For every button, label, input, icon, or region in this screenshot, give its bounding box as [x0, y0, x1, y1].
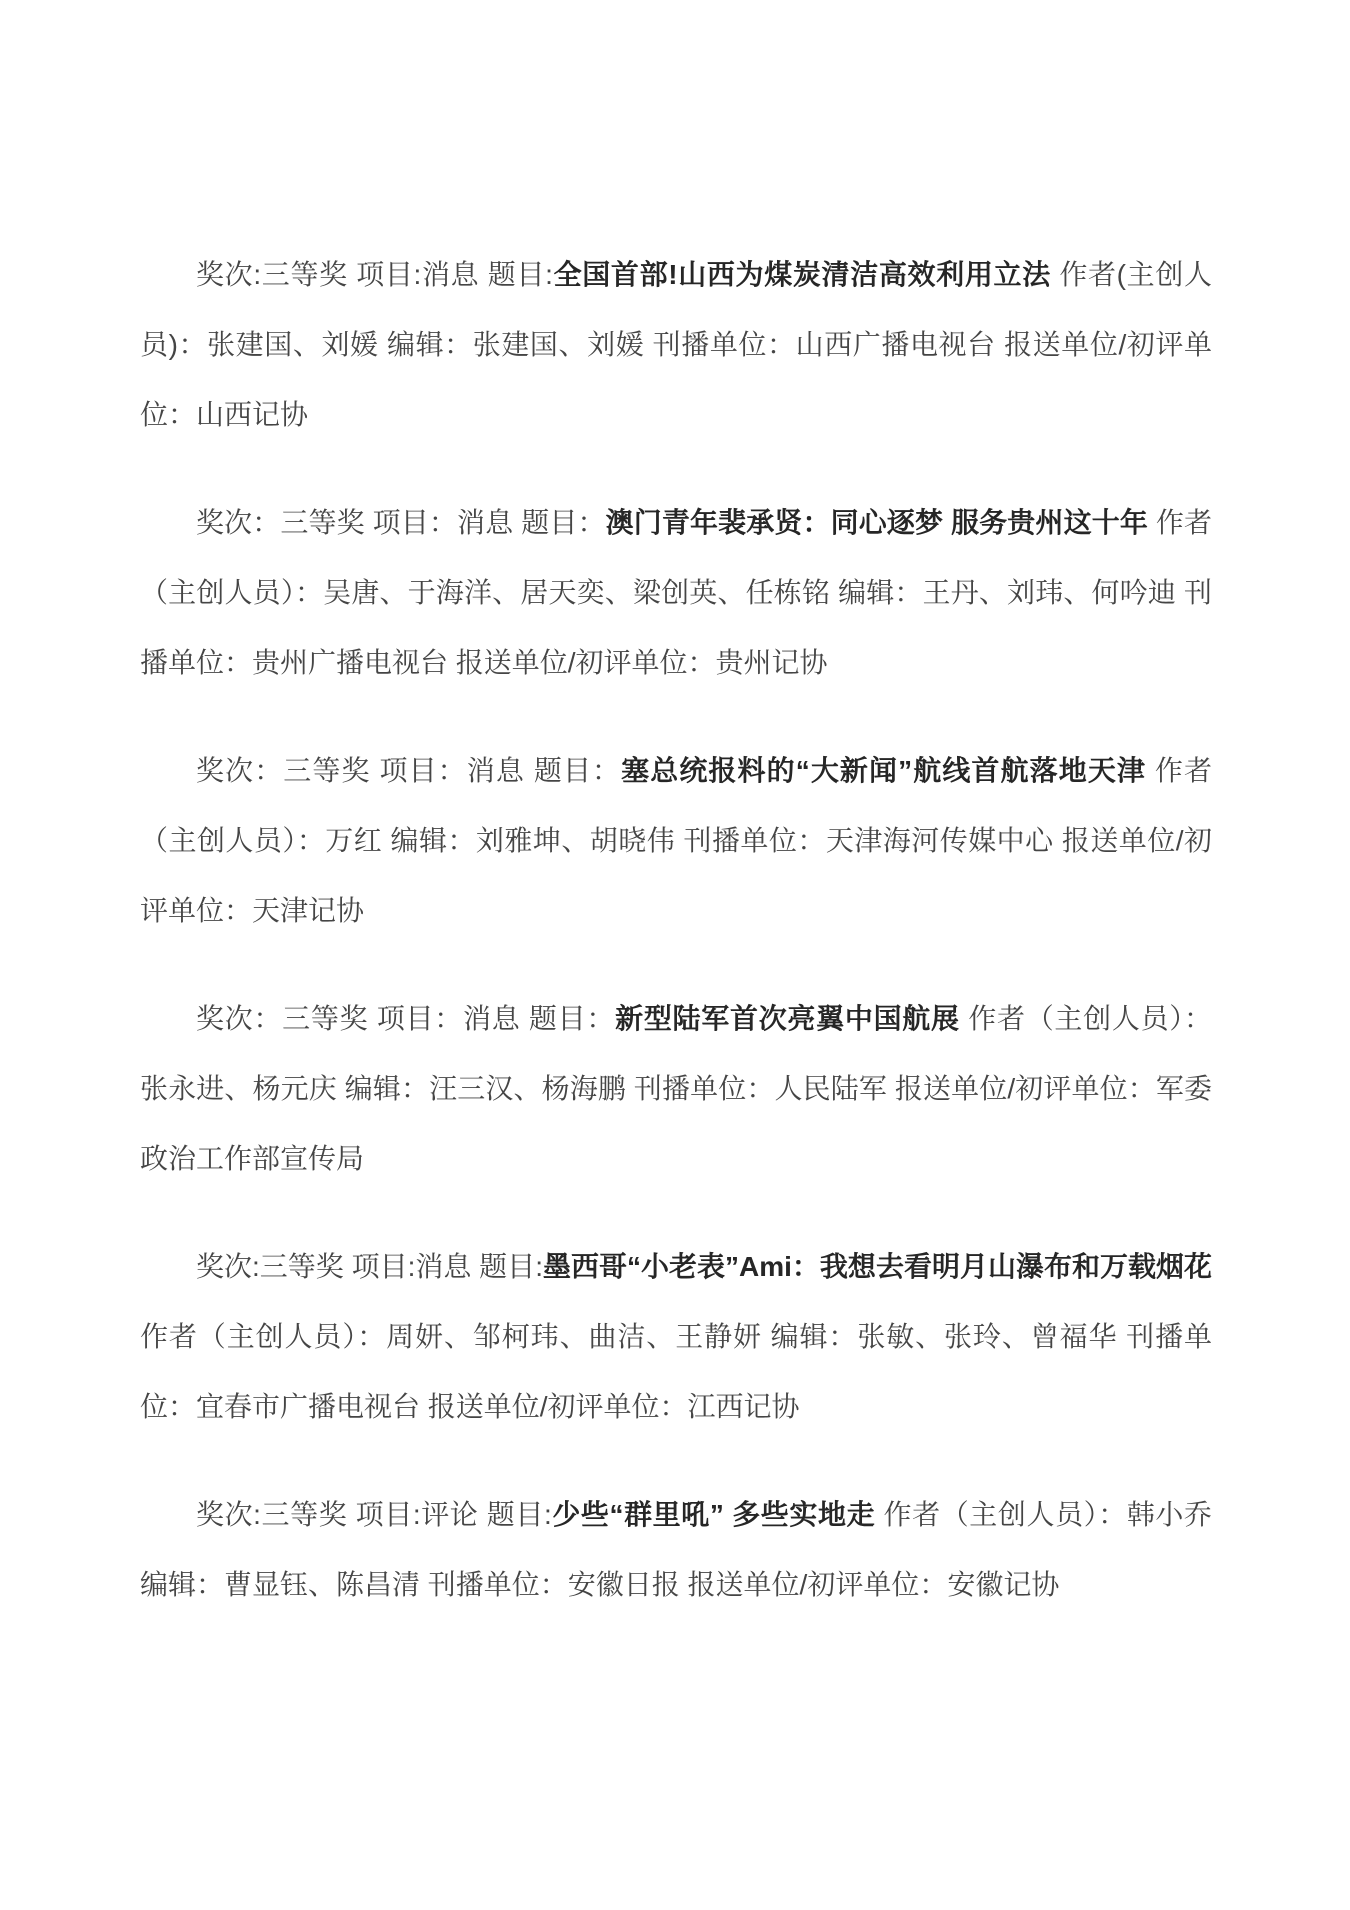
- award-entry: 奖次:三等奖 项目:评论 题目:少些“群里吼” 多些实地走 作者（主创人员）：韩…: [140, 1480, 1212, 1620]
- award-entry: 奖次:三等奖 项目:消息 题目:全国首部!山西为煤炭清洁高效利用立法 作者(主创…: [140, 240, 1212, 450]
- entry-title: 澳门青年裴承贤：同心逐梦 服务贵州这十年: [606, 507, 1148, 538]
- entry-prefix: 奖次:三等奖 项目:评论 题目:: [196, 1499, 552, 1530]
- award-list: 奖次:三等奖 项目:消息 题目:全国首部!山西为煤炭清洁高效利用立法 作者(主创…: [140, 240, 1212, 1620]
- document-page: 奖次:三等奖 项目:消息 题目:全国首部!山西为煤炭清洁高效利用立法 作者(主创…: [0, 0, 1350, 1910]
- entry-prefix: 奖次:三等奖 项目:消息 题目:: [196, 259, 553, 290]
- entry-title: 全国首部!山西为煤炭清洁高效利用立法: [553, 259, 1051, 290]
- award-entry: 奖次:三等奖 项目:消息 题目:墨西哥“小老表”Ami：我想去看明月山瀑布和万载…: [140, 1232, 1212, 1442]
- entry-title: 墨西哥“小老表”Ami：我想去看明月山瀑布和万载烟花: [543, 1251, 1212, 1282]
- award-entry: 奖次：三等奖 项目：消息 题目：新型陆军首次亮翼中国航展 作者（主创人员）：张永…: [140, 984, 1212, 1194]
- entry-prefix: 奖次：三等奖 项目：消息 题目：: [196, 755, 621, 786]
- award-entry: 奖次：三等奖 项目：消息 题目：澳门青年裴承贤：同心逐梦 服务贵州这十年 作者（…: [140, 488, 1212, 698]
- entry-prefix: 奖次：三等奖 项目：消息 题目：: [196, 1003, 615, 1034]
- entry-title: 少些“群里吼” 多些实地走: [552, 1499, 875, 1530]
- entry-title: 新型陆军首次亮翼中国航展: [615, 1003, 960, 1034]
- entry-title: 塞总统报料的“大新闻”航线首航落地天津: [621, 755, 1146, 786]
- award-entry: 奖次：三等奖 项目：消息 题目：塞总统报料的“大新闻”航线首航落地天津 作者（主…: [140, 736, 1212, 946]
- entry-prefix: 奖次：三等奖 项目：消息 题目：: [196, 507, 606, 538]
- entry-details: 作者（主创人员）：周妍、邹柯玮、曲洁、王静妍 编辑：张敏、张玲、曾福华 刊播单位…: [140, 1321, 1212, 1422]
- entry-prefix: 奖次:三等奖 项目:消息 题目:: [196, 1251, 543, 1282]
